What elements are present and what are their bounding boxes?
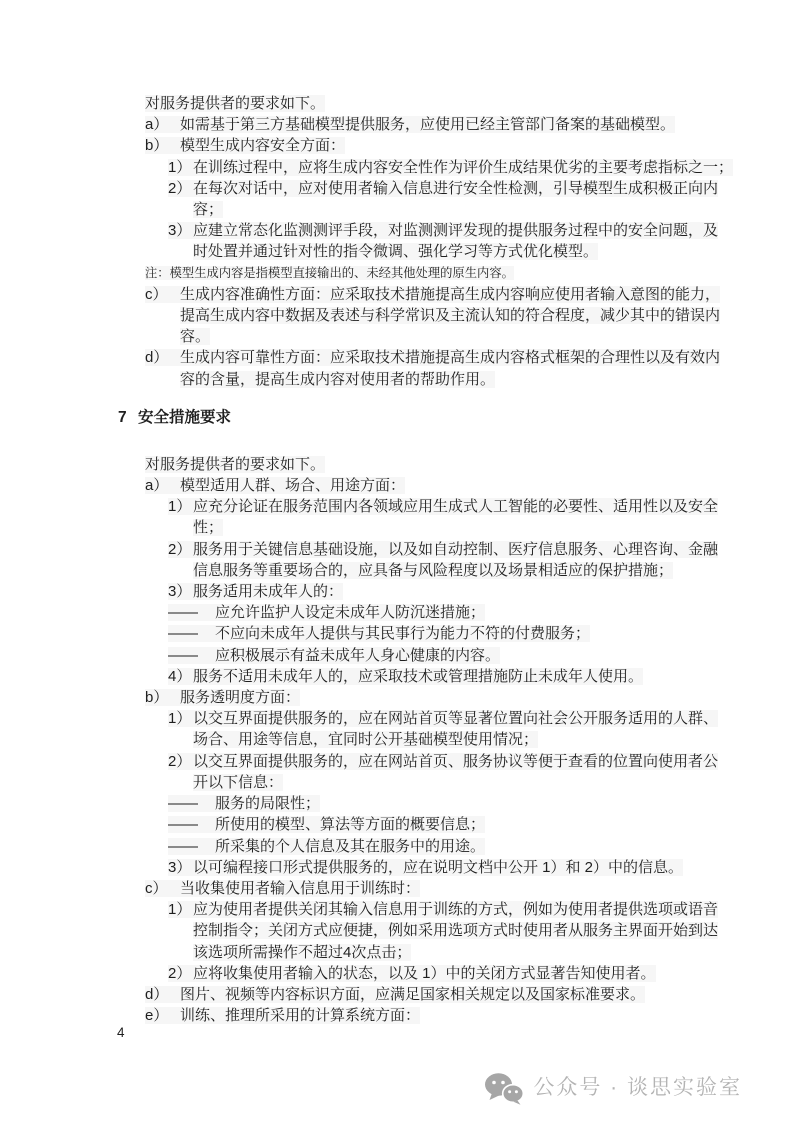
footer-watermark: 公众号 · 谈思实验室 [484,1069,742,1107]
line-text: 服务的局限性； [215,795,320,812]
list-marker: 1） [168,708,193,729]
doc-line: c）当收集使用者输入信息用于训练时： [145,878,718,899]
doc-line: 场合、用途等信息，宜同时公开基础模型使用情况； [193,729,718,750]
doc-line: 2）在每次对话中，应对使用者输入信息进行安全性检测，引导模型生成积极正向内 [168,178,718,199]
doc-line: d）生成内容可靠性方面：应采取技术措施提高生成内容格式框架的合理性以及有效内 [145,347,718,368]
list-marker: 2） [168,178,193,199]
doc-line-text: 信息服务等重要场合的，应具备与风险程度以及场景相适应的保护措施； [193,562,673,579]
doc-line-text: 容的含量，提高生成内容对使用者的帮助作用。 [180,371,495,388]
doc-line-text: 1）在训练过程中，应将生成内容安全性作为评价生成结果优劣的主要考虑指标之一； [168,159,733,176]
line-text: 当收集使用者输入信息用于训练时： [180,880,420,897]
doc-line-text: 3）应建立常态化监测测评手段，对监测测评发现的提供服务过程中的安全问题，及 [168,222,718,239]
list-marker: 1） [168,157,193,178]
section-heading: 7安全措施要求 [118,406,718,430]
doc-line-text: a）如需基于第三方基础模型提供服务，应使用已经主管部门备案的基础模型。 [145,116,675,133]
list-marker: b） [145,687,180,708]
doc-line-text: a）模型适用人群、场合、用途方面： [145,477,405,494]
doc-line: 开以下信息： [193,772,718,793]
doc-line-text: 对服务提供者的要求如下。 [145,95,325,112]
doc-line: e）训练、推理所采用的计算系统方面： [145,1005,718,1026]
doc-line: c）生成内容准确性方面：应采取技术措施提高生成内容响应使用者输入意图的能力， [145,284,718,305]
line-text: 生成内容准确性方面：应采取技术措施提高生成内容响应使用者输入意图的能力， [180,286,720,303]
list-marker: —— [168,836,215,857]
doc-line: 容； [193,199,718,220]
doc-line: b）模型生成内容安全方面： [145,135,718,156]
doc-line: 2）以交互界面提供服务的，应在网站首页、服务协议等便于查看的位置向使用者公 [168,751,718,772]
line-text: 时处置并通过针对性的指令微调、强化学习等方式优化模型。 [193,243,598,260]
list-marker: d） [145,984,180,1005]
doc-line: 提高生成内容中数据及表述与科学常识及主流认知的符合程度，减少其中的错误内 [180,305,718,326]
line-text: 服务透明度方面： [180,689,300,706]
doc-line-text: 场合、用途等信息，宜同时公开基础模型使用情况； [193,731,538,748]
doc-line-text: 容； [193,201,223,218]
doc-line: 控制指令；关闭方式应便捷，例如采用选项方式时使用者从服务主界面开始到达 [193,920,718,941]
dash-list-item: ——所使用的模型、算法等方面的概要信息； [168,816,485,833]
document-page: 对服务提供者的要求如下。a）如需基于第三方基础模型提供服务，应使用已经主管部门备… [0,0,794,1123]
list-marker: —— [168,602,215,623]
dash-list-item: ——所采集的个人信息及其在服务中的用途。 [168,838,485,855]
line-text: 以可编程接口形式提供服务的，应在说明文档中公开 1）和 2）中的信息。 [193,859,683,876]
list-marker: —— [168,814,215,835]
doc-line: 3）以可编程接口形式提供服务的，应在说明文档中公开 1）和 2）中的信息。 [168,857,718,878]
line-text: 服务适用未成年人的： [193,583,343,600]
list-marker: e） [145,1005,180,1026]
line-text: 应积极展示有益未成年人身心健康的内容。 [215,647,500,664]
line-text: 容的含量，提高生成内容对使用者的帮助作用。 [180,371,495,388]
list-marker: —— [168,623,215,644]
line-text: 应允许监护人设定未成年人防沉迷措施； [215,604,485,621]
dash-list-item: ——应允许监护人设定未成年人防沉迷措施； [168,604,485,621]
page-number: 4 [117,1025,125,1041]
line-text: 不应向未成年人提供与其民事行为能力不符的付费服务； [215,625,590,642]
line-text: 在每次对话中，应对使用者输入信息进行安全性检测，引导模型生成积极正向内 [193,180,718,197]
doc-line: ——不应向未成年人提供与其民事行为能力不符的付费服务； [168,623,718,644]
line-text: 训练、推理所采用的计算系统方面： [180,1007,420,1024]
doc-line: 容的含量，提高生成内容对使用者的帮助作用。 [180,369,718,390]
line-text: 开以下信息： [193,774,283,791]
line-text: 该选项所需操作不超过4次点击； [193,944,411,961]
section-6-requirements: 对服务提供者的要求如下。a）如需基于第三方基础模型提供服务，应使用已经主管部门备… [118,93,718,390]
doc-line: 性； [193,517,718,538]
line-text: 应充分论证在服务范围内各领域应用生成式人工智能的必要性、适用性以及安全 [193,498,718,515]
footer-label: 公众号 · 谈思实验室 [533,1069,742,1107]
doc-line: a）模型适用人群、场合、用途方面： [145,475,718,496]
doc-line: 3）服务适用未成年人的： [168,581,718,602]
line-text: 所使用的模型、算法等方面的概要信息； [215,816,485,833]
line-text: 模型适用人群、场合、用途方面： [180,477,405,494]
line-text: 对服务提供者的要求如下。 [145,95,325,112]
doc-line-text: 4）服务不适用未成年人的，应采取技术或管理措施防止未成年人使用。 [168,668,643,685]
doc-line-text: d）图片、视频等内容标识方面，应满足国家相关规定以及国家标准要求。 [145,986,645,1003]
line-text: 应为使用者提供关闭其输入信息用于训练的方式，例如为使用者提供选项或语音 [193,901,718,918]
doc-line-text: 该选项所需操作不超过4次点击； [193,944,411,961]
doc-line-text: 性； [193,519,223,536]
line-text: 应建立常态化监测测评手段，对监测测评发现的提供服务过程中的安全问题，及 [193,222,718,239]
doc-line-text: 1）以交互界面提供服务的，应在网站首页等显著位置向社会公开服务适用的人群、 [168,710,718,727]
line-text: 容； [193,201,223,218]
doc-line: ——所采集的个人信息及其在服务中的用途。 [168,836,718,857]
dash-list-item: ——应积极展示有益未成年人身心健康的内容。 [168,647,500,664]
doc-line-text: 3）以可编程接口形式提供服务的，应在说明文档中公开 1）和 2）中的信息。 [168,859,683,876]
line-text: 以交互界面提供服务的，应在网站首页等显著位置向社会公开服务适用的人群、 [193,710,718,727]
doc-line: 2）应将收集使用者输入的状态，以及 1）中的关闭方式显著告知使用者。 [168,963,718,984]
doc-line-text: 1）应充分论证在服务范围内各领域应用生成式人工智能的必要性、适用性以及安全 [168,498,718,515]
line-text: 对服务提供者的要求如下。 [145,456,325,473]
doc-line-text: 2）服务用于关键信息基础设施，以及如自动控制、医疗信息服务、心理咨询、金融 [168,541,718,558]
line-text: 服务不适用未成年人的，应采取技术或管理措施防止未成年人使用。 [193,668,643,685]
doc-line: 对服务提供者的要求如下。 [145,454,718,475]
doc-line: 该选项所需操作不超过4次点击； [193,942,718,963]
doc-line: ——所使用的模型、算法等方面的概要信息； [168,814,718,835]
doc-line: ——服务的局限性； [168,793,718,814]
list-marker: 2） [168,539,193,560]
doc-line-text: 1）应为使用者提供关闭其输入信息用于训练的方式，例如为使用者提供选项或语音 [168,901,718,918]
doc-line: 容。 [180,326,718,347]
line-text: 在训练过程中，应将生成内容安全性作为评价生成结果优劣的主要考虑指标之一； [193,159,733,176]
doc-line-text: 对服务提供者的要求如下。 [145,456,325,473]
doc-line: 2）服务用于关键信息基础设施，以及如自动控制、医疗信息服务、心理咨询、金融 [168,539,718,560]
section-number: 7 [118,406,138,430]
doc-line-text: 2）以交互界面提供服务的，应在网站首页、服务协议等便于查看的位置向使用者公 [168,753,718,770]
doc-line: 注：模型生成内容是指模型直接输出的、未经其他处理的原生内容。 [145,263,718,284]
list-marker: 1） [168,899,193,920]
list-marker: c） [145,284,180,305]
line-text: 所采集的个人信息及其在服务中的用途。 [215,838,485,855]
doc-line: 信息服务等重要场合的，应具备与风险程度以及场景相适应的保护措施； [193,560,718,581]
doc-line-text: b）模型生成内容安全方面： [145,137,345,154]
list-marker: a） [145,114,180,135]
doc-line-text: 2）应将收集使用者输入的状态，以及 1）中的关闭方式显著告知使用者。 [168,965,656,982]
list-marker: 2） [168,751,193,772]
doc-line-text: c）当收集使用者输入信息用于训练时： [145,880,420,897]
doc-line: 1）在训练过程中，应将生成内容安全性作为评价生成结果优劣的主要考虑指标之一； [168,157,718,178]
line-text: 性； [193,519,223,536]
section-7-security-measures: 对服务提供者的要求如下。a）模型适用人群、场合、用途方面：1）应充分论证在服务范… [118,454,718,1026]
line-text: 容。 [180,328,210,345]
list-marker: —— [168,793,215,814]
doc-line-text: 提高生成内容中数据及表述与科学常识及主流认知的符合程度，减少其中的错误内 [180,307,720,324]
doc-line: 对服务提供者的要求如下。 [145,93,718,114]
list-marker: 3） [168,220,193,241]
doc-line: a）如需基于第三方基础模型提供服务，应使用已经主管部门备案的基础模型。 [145,114,718,135]
list-marker: 2） [168,963,193,984]
doc-line-text: 开以下信息： [193,774,283,791]
list-marker: a） [145,475,180,496]
doc-line-text: 3）服务适用未成年人的： [168,583,343,600]
doc-line-text: 2）在每次对话中，应对使用者输入信息进行安全性检测，引导模型生成积极正向内 [168,180,718,197]
doc-line: d）图片、视频等内容标识方面，应满足国家相关规定以及国家标准要求。 [145,984,718,1005]
doc-line: 时处置并通过针对性的指令微调、强化学习等方式优化模型。 [193,241,718,262]
line-text: 以交互界面提供服务的，应在网站首页、服务协议等便于查看的位置向使用者公 [193,753,718,770]
doc-line-text: 容。 [180,328,210,345]
doc-line: 1）应充分论证在服务范围内各领域应用生成式人工智能的必要性、适用性以及安全 [168,496,718,517]
list-marker: 3） [168,857,193,878]
list-marker: d） [145,347,180,368]
line-text: 注：模型生成内容是指模型直接输出的、未经其他处理的原生内容。 [145,266,514,280]
line-text: 应将收集使用者输入的状态，以及 1）中的关闭方式显著告知使用者。 [193,965,656,982]
line-text: 控制指令；关闭方式应便捷，例如采用选项方式时使用者从服务主界面开始到达 [193,922,718,939]
doc-line-text: 时处置并通过针对性的指令微调、强化学习等方式优化模型。 [193,243,598,260]
doc-line-text: d）生成内容可靠性方面：应采取技术措施提高生成内容格式框架的合理性以及有效内 [145,349,720,366]
doc-line: 1）以交互界面提供服务的，应在网站首页等显著位置向社会公开服务适用的人群、 [168,708,718,729]
list-marker: 3） [168,581,193,602]
doc-line: 4）服务不适用未成年人的，应采取技术或管理措施防止未成年人使用。 [168,666,718,687]
line-text: 提高生成内容中数据及表述与科学常识及主流认知的符合程度，减少其中的错误内 [180,307,720,324]
doc-line: b）服务透明度方面： [145,687,718,708]
section-title: 安全措施要求 [138,409,231,426]
document-body: 对服务提供者的要求如下。a）如需基于第三方基础模型提供服务，应使用已经主管部门备… [118,93,718,1026]
wechat-icon [484,1072,524,1105]
doc-line-text: 注：模型生成内容是指模型直接输出的、未经其他处理的原生内容。 [145,266,514,280]
list-marker: 4） [168,666,193,687]
line-text: 如需基于第三方基础模型提供服务，应使用已经主管部门备案的基础模型。 [180,116,675,133]
doc-line-text: 控制指令；关闭方式应便捷，例如采用选项方式时使用者从服务主界面开始到达 [193,922,718,939]
line-text: 图片、视频等内容标识方面，应满足国家相关规定以及国家标准要求。 [180,986,645,1003]
list-marker: —— [168,645,215,666]
list-marker: c） [145,878,180,899]
doc-line: ——应积极展示有益未成年人身心健康的内容。 [168,645,718,666]
doc-line-text: c）生成内容准确性方面：应采取技术措施提高生成内容响应使用者输入意图的能力， [145,286,720,303]
doc-line: 1）应为使用者提供关闭其输入信息用于训练的方式，例如为使用者提供选项或语音 [168,899,718,920]
dash-list-item: ——不应向未成年人提供与其民事行为能力不符的付费服务； [168,625,590,642]
line-text: 模型生成内容安全方面： [180,137,345,154]
list-marker: 1） [168,496,193,517]
list-marker: b） [145,135,180,156]
doc-line: 3）应建立常态化监测测评手段，对监测测评发现的提供服务过程中的安全问题，及 [168,220,718,241]
doc-line-text: b）服务透明度方面： [145,689,300,706]
line-text: 服务用于关键信息基础设施，以及如自动控制、医疗信息服务、心理咨询、金融 [193,541,718,558]
dash-list-item: ——服务的局限性； [168,795,320,812]
line-text: 场合、用途等信息，宜同时公开基础模型使用情况； [193,731,538,748]
line-text: 生成内容可靠性方面：应采取技术措施提高生成内容格式框架的合理性以及有效内 [180,349,720,366]
doc-line-text: e）训练、推理所采用的计算系统方面： [145,1007,420,1024]
doc-line: ——应允许监护人设定未成年人防沉迷措施； [168,602,718,623]
line-text: 信息服务等重要场合的，应具备与风险程度以及场景相适应的保护措施； [193,562,673,579]
